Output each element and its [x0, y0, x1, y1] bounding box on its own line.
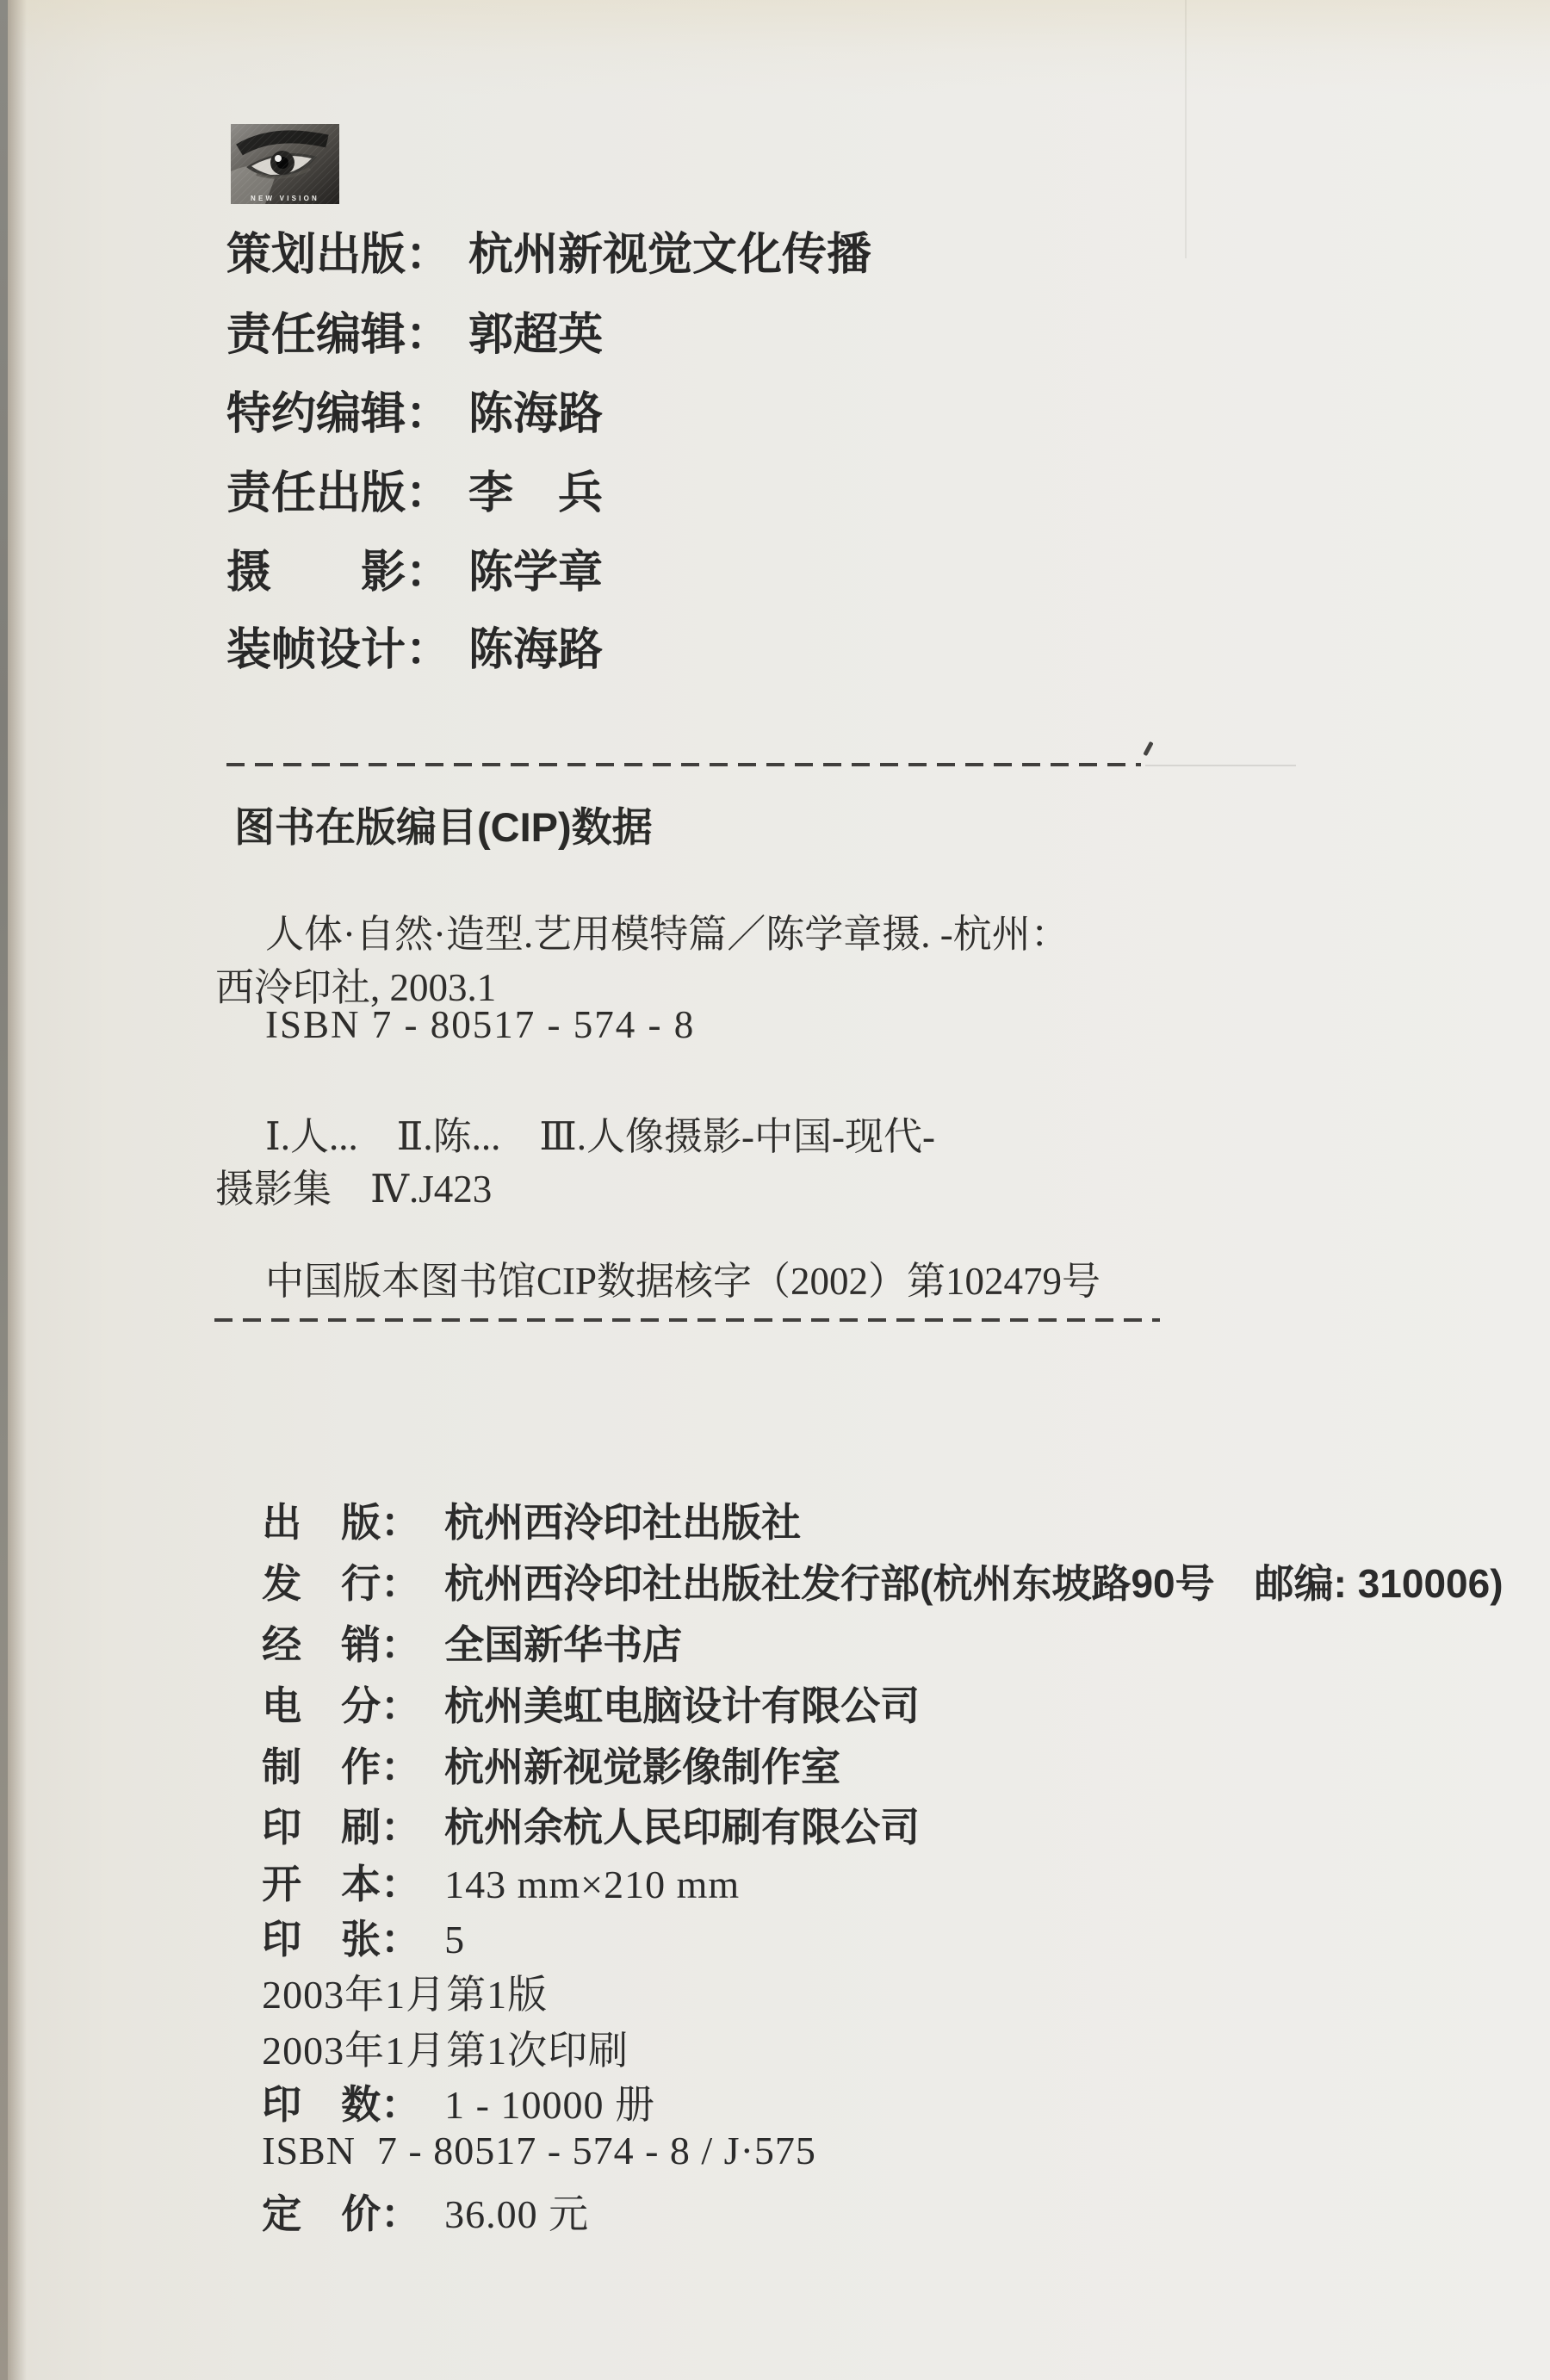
credit-row-guest-editor: 特约编辑：陈海路 [226, 377, 603, 442]
cip-divider-top-faint-tail [1145, 765, 1296, 766]
publication-label: 定 价： [262, 2183, 444, 2240]
cip-divider-bottom [214, 1318, 1160, 1322]
credit-value: 陈海路 [468, 389, 603, 439]
credit-value: 杭州新视觉文化传播 [468, 230, 871, 280]
credit-label: 特约编辑： [226, 377, 468, 442]
credit-label: 责任编辑： [226, 298, 468, 363]
credit-row-publisher: 责任出版：李 兵 [226, 456, 603, 521]
credit-value: 郭超英 [468, 310, 603, 360]
scan-edge-shadow-dark [0, 0, 8, 2380]
credit-row-photographer: 摄 影：陈学章 [226, 536, 603, 600]
eye-icon: NEW VISION [231, 124, 339, 204]
cip-record-line: 人体·自然·造型.艺用模特篇／陈学章摄. -杭州： [265, 902, 1069, 958]
publication-row-price: 定 价：36.00 元 [218, 2136, 589, 2286]
credit-value: 陈海路 [468, 625, 603, 675]
cip-classification-line: 摄影集 Ⅳ.J423 [215, 1157, 492, 1213]
credit-row-planning: 策划出版：杭州新视觉文化传播 [226, 218, 871, 282]
credit-row-designer: 装帧设计：陈海路 [226, 613, 603, 678]
cip-isbn-line: ISBN 7 - 80517 - 574 - 8 [265, 1002, 695, 1047]
scan-edge-shadow-soft [8, 0, 27, 2380]
credit-row-editor: 责任编辑：郭超英 [226, 298, 603, 363]
credit-label: 责任出版： [226, 456, 468, 521]
credit-label: 装帧设计： [226, 613, 468, 678]
publication-value: 143 mm×210 mm [444, 1862, 740, 1906]
logo-caption: NEW VISION [251, 195, 319, 202]
publication-value: 36.00 元 [444, 2192, 589, 2236]
stray-ink-mark [1143, 741, 1153, 756]
paper-crease [1185, 0, 1187, 258]
cip-registry-number: 中国版本图书馆CIP数据核字（2002）第102479号 [265, 1249, 1100, 1305]
cip-divider-top [226, 763, 1141, 766]
credit-label: 摄 影： [226, 536, 468, 600]
colophon-page-scan: NEW VISION 策划出版：杭州新视觉文化传播 责任编辑：郭超英 特约编辑：… [0, 0, 1550, 2380]
cip-title: 图书在版编目(CIP)数据 [234, 796, 653, 853]
credit-label: 策划出版： [226, 218, 468, 282]
credit-value: 陈学章 [468, 548, 603, 598]
credit-value: 李 兵 [468, 468, 603, 518]
new-vision-logo: NEW VISION [231, 124, 339, 204]
cip-classification-line: Ⅰ.人... Ⅱ.陈... Ⅲ.人像摄影-中国-现代- [265, 1105, 935, 1161]
